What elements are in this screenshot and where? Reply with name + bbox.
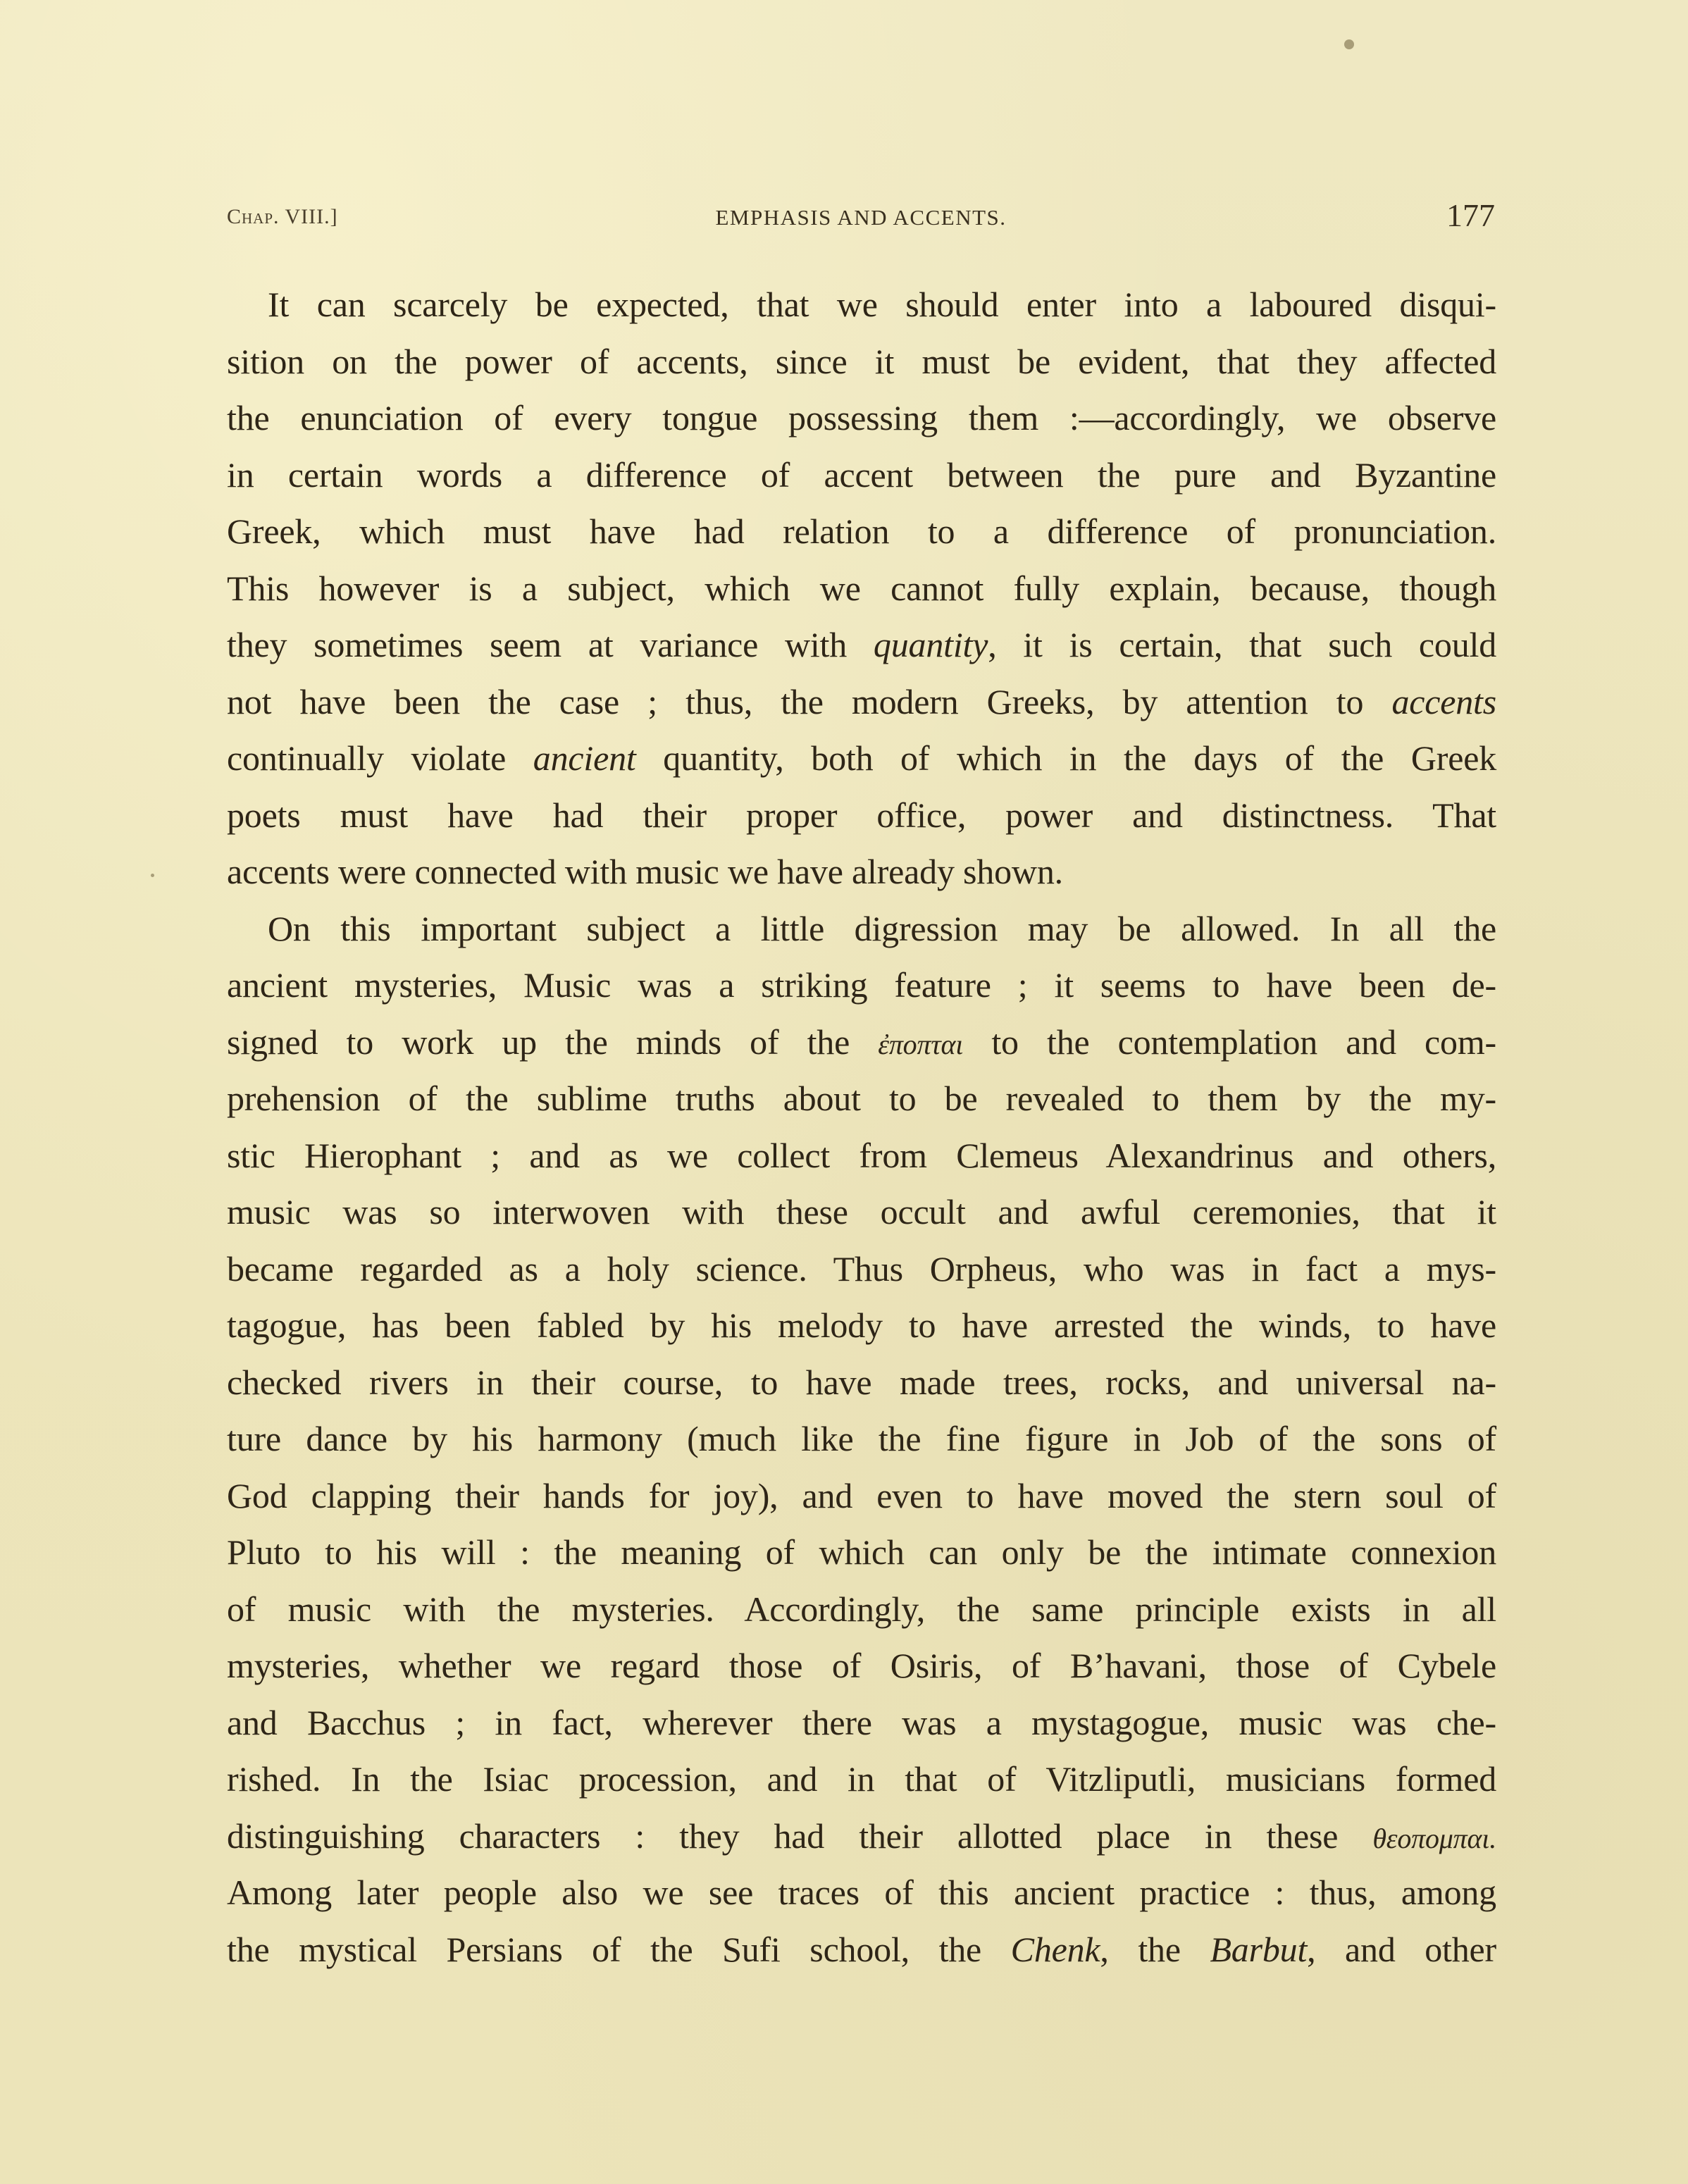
- text-segment: in certain words a difference of accent …: [227, 455, 1496, 495]
- text-line: mysteries, whether we regard those of Os…: [227, 1637, 1496, 1694]
- text-segment: Among later people also we see traces of…: [227, 1873, 1496, 1912]
- italic-word: quantity: [874, 625, 988, 664]
- text-line: rished. In the Isiac procession, and in …: [227, 1751, 1496, 1808]
- running-head: Chap. VIII.] EMPHASIS AND ACCENTS. 177: [227, 201, 1495, 236]
- text-line: of music with the mysteries. Accordingly…: [227, 1581, 1496, 1638]
- greek-word: ἐποπται: [878, 1029, 963, 1060]
- text-line: stic Hierophant ; and as we collect from…: [227, 1127, 1496, 1184]
- text-segment: signed to work up the minds of the: [227, 1022, 878, 1062]
- text-line: prehension of the sublime truths about t…: [227, 1070, 1496, 1127]
- text-segment: tagogue, has been fabled by his melody t…: [227, 1305, 1496, 1345]
- text-segment: poets must have had their proper office,…: [227, 795, 1496, 835]
- text-line: tagogue, has been fabled by his melody t…: [227, 1297, 1496, 1354]
- text-segment: continually violate: [227, 738, 533, 778]
- text-line: This however is a subject, which we cann…: [227, 560, 1496, 617]
- text-segment: mysteries, whether we regard those of Os…: [227, 1646, 1496, 1685]
- text-line: accents were connected with music we hav…: [227, 843, 1496, 900]
- text-line: continually violate ancient quantity, bo…: [227, 730, 1496, 787]
- running-title: EMPHASIS AND ACCENTS.: [227, 205, 1495, 230]
- text-segment: not have been the case ; thus, the moder…: [227, 682, 1391, 721]
- text-line: checked rivers in their course, to have …: [227, 1354, 1496, 1411]
- text-segment: , and other: [1307, 1930, 1496, 1969]
- text-segment: This however is a subject, which we cann…: [227, 569, 1496, 608]
- text-line: ancient mysteries, Music was a striking …: [227, 957, 1496, 1014]
- text-segment: God clapping their hands for joy), and e…: [227, 1476, 1496, 1515]
- text-line: ture dance by his harmony (much like the…: [227, 1410, 1496, 1468]
- text-segment: ancient mysteries, Music was a striking …: [227, 965, 1496, 1005]
- text-line: the enunciation of every tongue possessi…: [227, 390, 1496, 447]
- paper-blemish: [151, 874, 154, 877]
- text-segment: distinguishing characters : they had the…: [227, 1816, 1372, 1856]
- text-segment: stic Hierophant ; and as we collect from…: [227, 1136, 1496, 1175]
- text-line: the mystical Persians of the Sufi school…: [227, 1921, 1496, 1978]
- paper-blemish: [1344, 39, 1354, 49]
- text-line: Greek, which must have had relation to a…: [227, 503, 1496, 560]
- italic-word: Chenk: [1011, 1930, 1100, 1969]
- text-segment: to the contemplation and com-: [963, 1022, 1496, 1062]
- text-segment: the enunciation of every tongue possessi…: [227, 398, 1496, 438]
- text-segment: , the: [1100, 1930, 1210, 1969]
- text-line: God clapping their hands for joy), and e…: [227, 1468, 1496, 1525]
- text-segment: became regarded as a holy science. Thus …: [227, 1249, 1496, 1289]
- text-segment: ture dance by his harmony (much like the…: [227, 1419, 1496, 1458]
- text-segment: of music with the mysteries. Accordingly…: [227, 1589, 1496, 1629]
- text-line: signed to work up the minds of the ἐποπτ…: [227, 1014, 1496, 1071]
- text-segment: On this important subject a little digre…: [268, 909, 1496, 948]
- text-line: and Bacchus ; in fact, wherever there wa…: [227, 1694, 1496, 1751]
- text-segment: they sometimes seem at variance with: [227, 625, 874, 664]
- text-line: Pluto to his will : the meaning of which…: [227, 1524, 1496, 1581]
- text-segment: , it is certain, that such could: [988, 625, 1496, 664]
- text-segment: It can scarcely be expected, that we sho…: [268, 285, 1496, 324]
- body-text: It can scarcely be expected, that we sho…: [227, 276, 1496, 1978]
- greek-word: θεοπομπαι.: [1372, 1823, 1496, 1854]
- text-line: It can scarcely be expected, that we sho…: [227, 276, 1496, 333]
- text-segment: rished. In the Isiac procession, and in …: [227, 1759, 1496, 1799]
- text-segment: music was so interwoven with these occul…: [227, 1192, 1496, 1231]
- italic-word: Barbut: [1210, 1930, 1307, 1969]
- text-segment: the mystical Persians of the Sufi school…: [227, 1930, 1011, 1969]
- page-number: 177: [1446, 197, 1495, 234]
- text-segment: sition on the power of accents, since it…: [227, 342, 1496, 381]
- text-line: became regarded as a holy science. Thus …: [227, 1241, 1496, 1298]
- text-line: not have been the case ; thus, the moder…: [227, 674, 1496, 731]
- text-line: distinguishing characters : they had the…: [227, 1808, 1496, 1865]
- text-segment: Pluto to his will : the meaning of which…: [227, 1532, 1496, 1572]
- text-segment: accents were connected with music we hav…: [227, 852, 1063, 891]
- text-line: they sometimes seem at variance with qua…: [227, 616, 1496, 674]
- text-line: music was so interwoven with these occul…: [227, 1184, 1496, 1241]
- text-segment: prehension of the sublime truths about t…: [227, 1079, 1496, 1118]
- text-line: poets must have had their proper office,…: [227, 787, 1496, 844]
- book-page: Chap. VIII.] EMPHASIS AND ACCENTS. 177 I…: [0, 0, 1688, 2184]
- text-segment: and Bacchus ; in fact, wherever there wa…: [227, 1703, 1496, 1742]
- text-segment: checked rivers in their course, to have …: [227, 1363, 1496, 1402]
- text-segment: Greek, which must have had relation to a…: [227, 511, 1496, 551]
- text-line: On this important subject a little digre…: [227, 900, 1496, 957]
- italic-word: ancient: [533, 738, 636, 778]
- text-line: sition on the power of accents, since it…: [227, 333, 1496, 390]
- text-line: Among later people also we see traces of…: [227, 1864, 1496, 1921]
- text-line: in certain words a difference of accent …: [227, 447, 1496, 504]
- italic-word: accents: [1391, 682, 1496, 721]
- text-segment: quantity, both of which in the days of t…: [636, 738, 1496, 778]
